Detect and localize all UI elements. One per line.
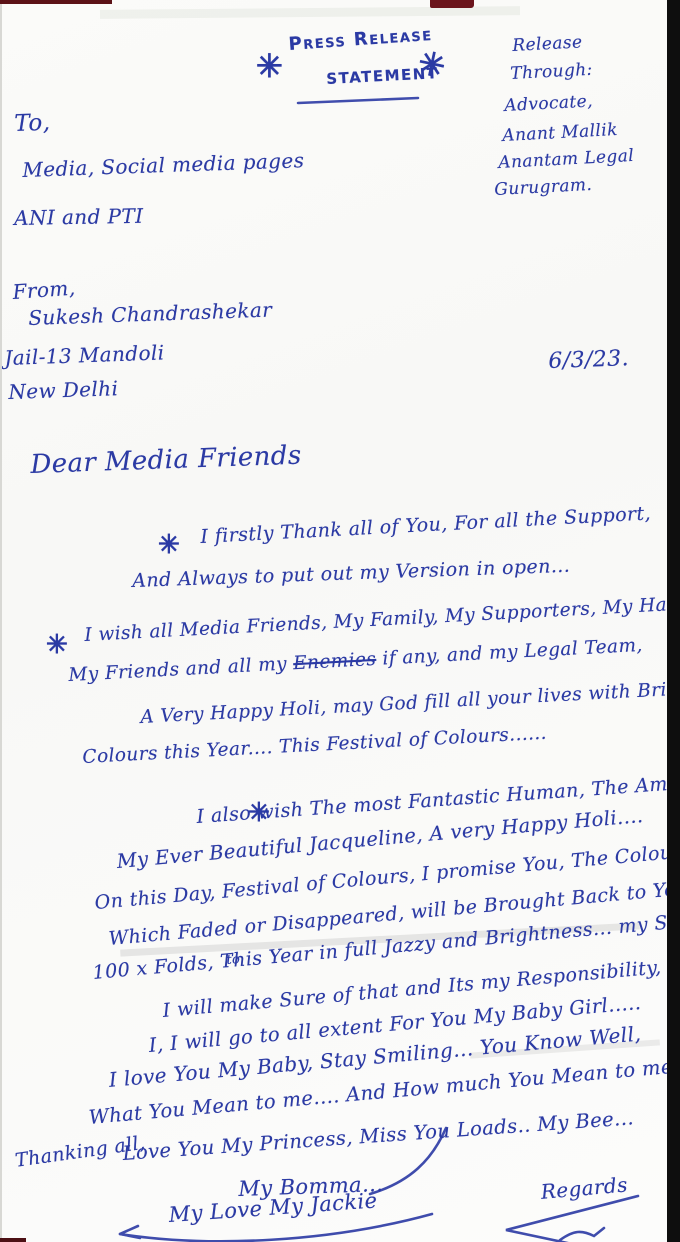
signature-squiggle [560, 1228, 604, 1240]
para1-line: And Always to put out my Version in open… [132, 557, 570, 592]
press-release-title: Press Release [288, 26, 433, 55]
jackie-arrowhead [120, 1226, 140, 1238]
letter-photo: ✳ Press Release STATEMENT ✳ Release Thro… [0, 0, 680, 1242]
to-recipient-line: ANI and PTI [14, 206, 144, 229]
letter-date: 6/3/23. [548, 347, 629, 373]
struck-word: Enemies [293, 649, 377, 674]
photo-edge-left [0, 0, 2, 1242]
sender-address-line: New Delhi [8, 378, 119, 403]
photo-edge-right [667, 0, 680, 1242]
closing-regards: Regards [540, 1174, 629, 1203]
release-through-line: Advocate, [504, 93, 593, 115]
para1-line: I firstly Thank all of You, For all the … [200, 504, 651, 548]
closing-left: Thanking all, [14, 1134, 147, 1172]
salutation: Dear Media Friends [30, 443, 302, 480]
para2-line-segment: My Friends and all my [68, 653, 294, 686]
header-asterisk-left-icon: ✳ [256, 50, 283, 84]
para2-line: Colours this Year.... This Festival of C… [82, 724, 547, 768]
release-through-line: Through: [510, 62, 593, 84]
release-through-line: Release [512, 34, 583, 55]
sender-name: Sukesh Chandrashekar [28, 299, 272, 328]
para2-line: My Friends and all my Enemies if any, an… [68, 636, 643, 685]
para2-line-segment: if any, and my Legal Team, [376, 635, 644, 670]
signature-nickname-line: My Love My Jackie [168, 1189, 378, 1226]
photo-artifact-bottom-left [0, 1238, 26, 1242]
from-label: From, [12, 278, 76, 303]
regards-flourish [506, 1196, 638, 1242]
release-through-line: Anant Mallik [502, 122, 618, 146]
header-asterisk-right-icon: ✳ [415, 46, 449, 85]
paragraph-bullet-icon: ✳ [158, 532, 180, 559]
photo-artifact-top-left [0, 0, 112, 4]
paper-smudge-top [100, 6, 520, 19]
para2-line: A Very Happy Holi, may God fill all your… [140, 678, 680, 727]
to-label: To, [14, 111, 51, 136]
paragraph-bullet-icon: ✳ [46, 632, 68, 659]
release-through-line: Anantam Legal [498, 148, 635, 173]
release-through-line: Gurugram. [494, 177, 593, 200]
statement-underline [298, 98, 418, 103]
sender-address-line: Jail-13 Mandoli [4, 342, 165, 369]
to-recipient-line: Media, Social media pages [22, 150, 305, 181]
photo-artifact-top-middle [430, 0, 474, 8]
